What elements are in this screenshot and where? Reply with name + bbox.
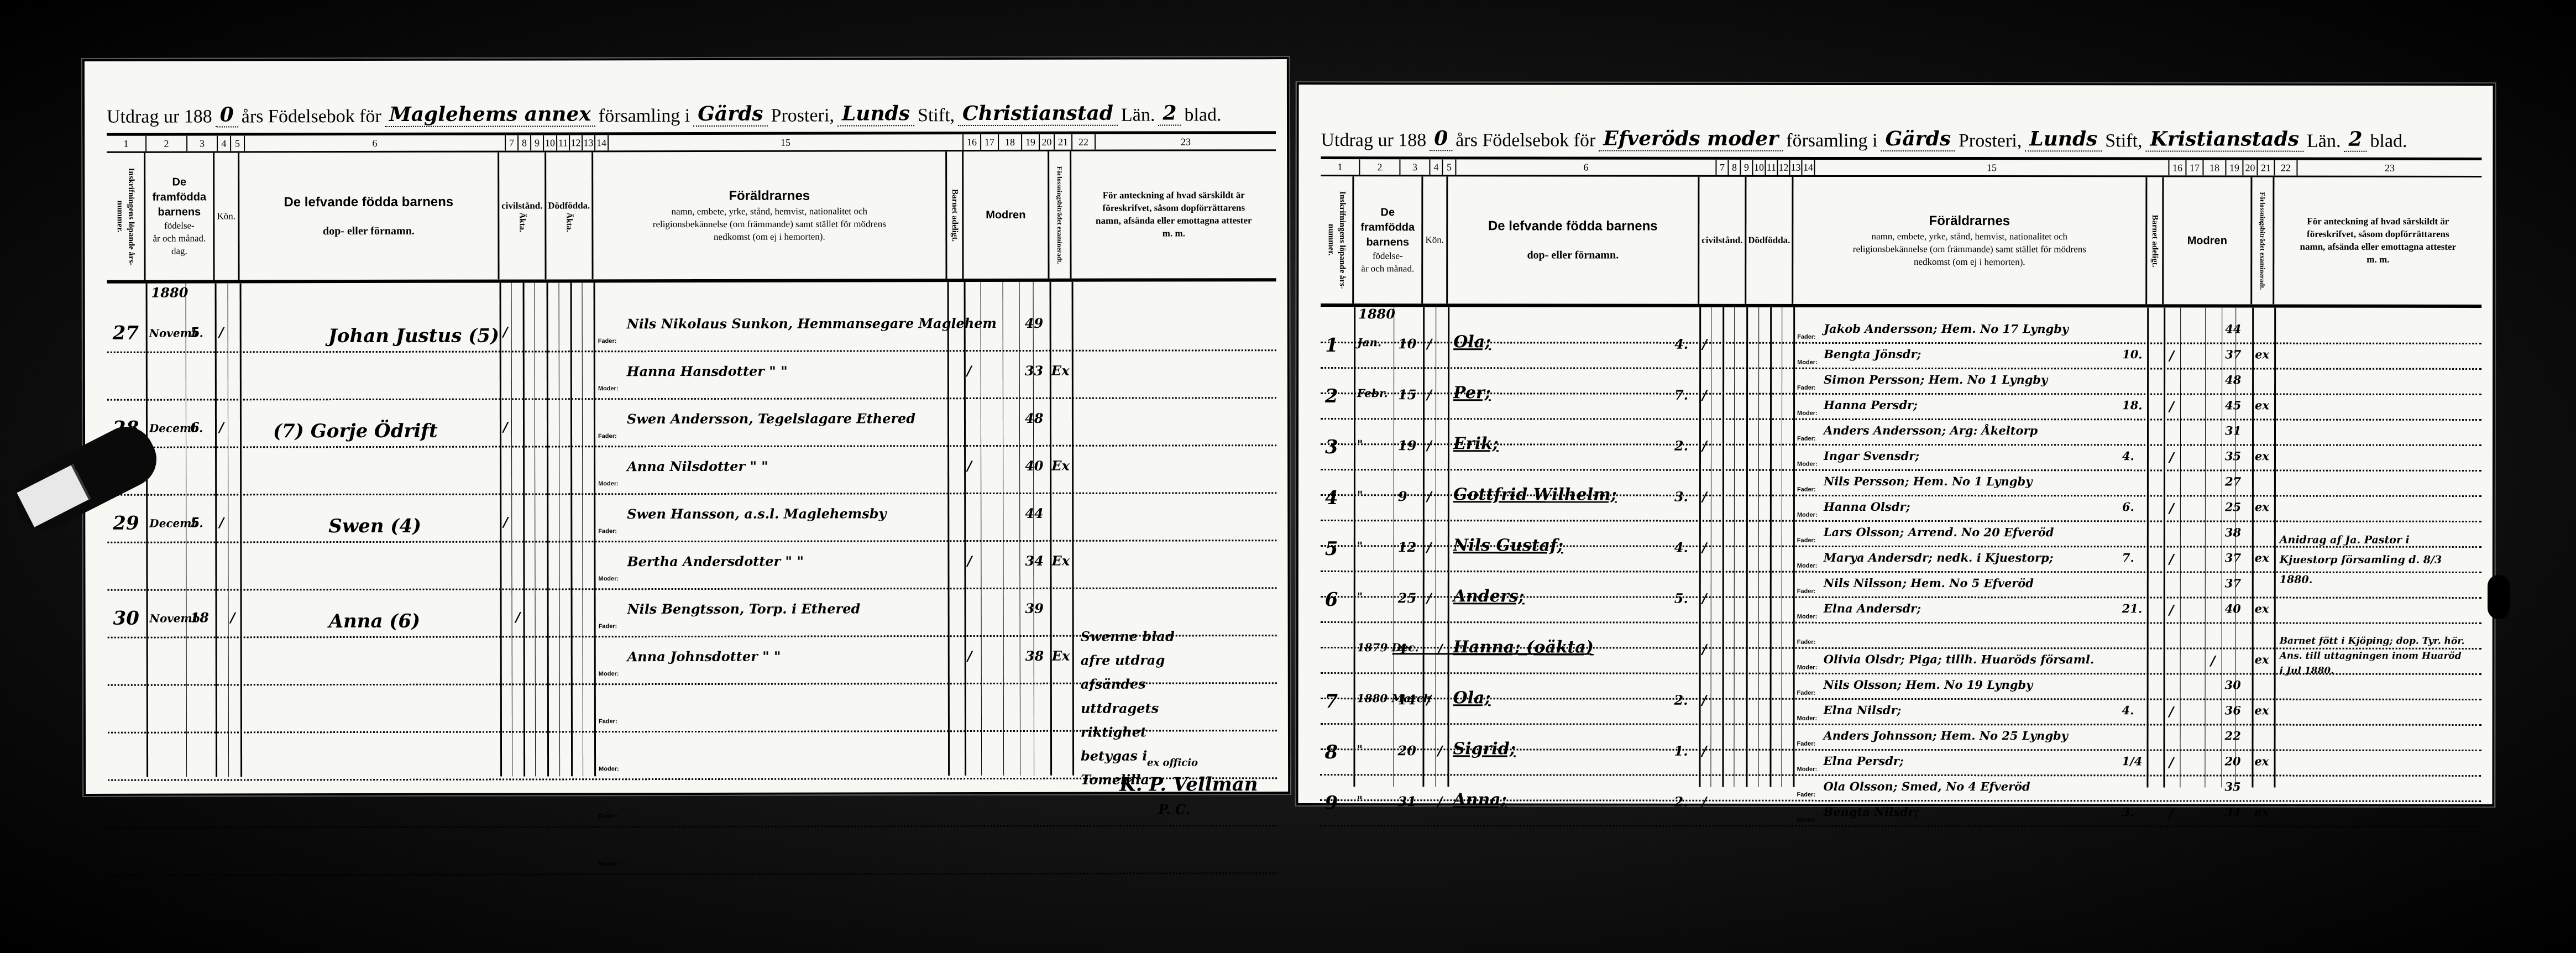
mother-info: Bengta Nilsdr;: [1823, 805, 1918, 819]
entry-number: 9: [1324, 792, 1338, 814]
birth-order: 2.: [1674, 794, 1688, 810]
mother-label: Moder:: [1797, 410, 1818, 417]
midwife-mark: ex: [2254, 805, 2269, 819]
column-numbers: 1234567891011121314151617181920212223: [1321, 159, 2481, 177]
married-mark: /: [2169, 805, 2174, 821]
birth-month: 1879 Dec.: [1357, 641, 1419, 654]
column-number: 1: [1321, 159, 1360, 175]
register-table: 1234567891011121314151617181920212223 In…: [107, 131, 1277, 777]
column-number: 9: [531, 135, 544, 150]
mother-age: 38: [1025, 648, 1044, 664]
mother-info: Anna Nilsdotter " ": [627, 458, 768, 474]
father-label: Fader:: [599, 623, 617, 630]
column-number: 21: [2258, 160, 2275, 176]
birth-day: 10: [1398, 336, 1416, 352]
birth-month: ": [1357, 793, 1362, 807]
header-text: Dödfödda.: [548, 200, 590, 212]
birth-order: 2.: [1674, 692, 1688, 708]
column-number: 14: [1802, 160, 1815, 175]
mother-children-count: 21.: [2122, 601, 2143, 615]
title-county: Christianstad: [958, 102, 1118, 127]
birth-day: 14: [1398, 692, 1416, 708]
header-col2-3: De framfödda barnens födelse- år och mån…: [1354, 176, 1423, 303]
header-text: Kön.: [1426, 234, 1444, 247]
mother-info: Anna Johnsdotter " ": [627, 648, 781, 664]
midwife-mark: ex: [2254, 755, 2269, 768]
birth-day: 5: [190, 515, 200, 531]
header-text: år och månad.: [1361, 263, 1414, 275]
table-body: Fader:Moder:Fader:Moder:Fader:Moder:Fade…: [1320, 307, 2481, 788]
header-text: De framfödda barnens: [1356, 205, 1419, 250]
child-name: Nils Gustaf;: [1453, 536, 1563, 555]
mother-age: 45: [2225, 399, 2241, 412]
married-mark: /: [2169, 347, 2174, 363]
birth-day: 25: [1398, 590, 1416, 606]
column-number: 23: [1096, 134, 1276, 150]
title-diocese: Lunds: [837, 102, 914, 126]
header-text: Föräldrarnes: [729, 187, 810, 206]
header-text: dop- eller förnamn.: [323, 224, 415, 239]
birth-order: 7.: [1674, 387, 1688, 403]
birth-month: ": [1357, 488, 1363, 501]
column-number: 10: [544, 135, 557, 150]
page-title: Utdrag ur 1880 års Födelsebok för Efverö…: [1321, 118, 2481, 152]
sex-mark: /: [219, 324, 224, 340]
column-number: 4: [218, 135, 231, 151]
birth-month: 1880 March: [1357, 692, 1432, 705]
birth-order: 4.: [1674, 540, 1688, 556]
column-number: 11: [1766, 160, 1778, 175]
mother-label: Moder:: [1797, 715, 1818, 722]
child-name: Gottfrid Wilhelm;: [1453, 485, 1617, 504]
birth-order: 5.: [1674, 590, 1688, 606]
father-label: Fader:: [1797, 385, 1816, 391]
year-marker: 1880: [1358, 306, 1395, 322]
ruled-row: [108, 826, 1277, 876]
midwife-mark: ex: [2255, 500, 2269, 514]
mother-label: Moder:: [599, 861, 619, 867]
child-name: Anders;: [1453, 587, 1525, 606]
midwife-mark: ex: [2255, 449, 2269, 463]
table-header: Inskrifningens löpande års-nummer. De fr…: [107, 151, 1276, 284]
father-label: Fader:: [1797, 588, 1816, 595]
header-text: För anteckning af hvad särskildt är före…: [2295, 216, 2461, 266]
header-text: civilstånd.: [501, 200, 542, 212]
register-page-left: Utdrag ur 1880 års Födelsebok för Magleh…: [82, 57, 1290, 796]
child-name: Anna (6): [329, 610, 421, 632]
mother-info: Hanna Persdr;: [1824, 398, 1918, 412]
sex-mark: /: [219, 514, 224, 530]
column-number: 12: [570, 135, 583, 150]
column-number: 2: [146, 136, 187, 151]
title-parish: Maglehems annex: [385, 102, 595, 127]
child-name: Sigrid;: [1453, 739, 1516, 758]
note-signature: K. P. Vellman: [1119, 773, 1258, 795]
header-stillborn: Dödfödda. Äkta.: [546, 152, 593, 279]
father-label: Fader:: [1797, 436, 1816, 442]
father-age: 39: [1025, 600, 1044, 616]
column-number: 13: [1790, 160, 1802, 175]
column-number: 20: [1040, 134, 1055, 150]
page-title: Utdrag ur 1880 års Födelsebok för Magleh…: [107, 92, 1276, 128]
mother-age: 36: [2225, 704, 2241, 718]
column-number: 4: [1430, 159, 1443, 175]
father-age: 31: [2225, 424, 2241, 438]
mother-label: Moder:: [1797, 614, 1818, 620]
column-number: 9: [1741, 160, 1753, 175]
birth-day: 5: [190, 324, 200, 341]
header-text: namn, embete, yrke, stånd, hemvist, nati…: [642, 205, 897, 244]
title-contract: Gärds: [1881, 127, 1955, 151]
birth-day: 15: [1398, 386, 1416, 402]
birth-day: 31: [1397, 793, 1416, 809]
mother-label: Moder:: [1797, 461, 1818, 468]
civil-status-mark: /: [1702, 692, 1707, 708]
mother-children-count: 3.: [2122, 805, 2134, 819]
midwife-mark: ex: [2255, 653, 2269, 667]
header-text: år och månad.: [153, 233, 206, 245]
sex-mark: /: [1427, 488, 1432, 504]
column-number: 18: [2203, 160, 2226, 175]
mother-children-count: 10.: [2122, 347, 2143, 361]
sex-mark: /: [1438, 742, 1443, 758]
header-text: Barnet adeligt.: [949, 189, 960, 242]
civil-status-mark: /: [503, 324, 508, 340]
father-age: 44: [2225, 322, 2241, 336]
midwife-mark: ex: [2255, 602, 2269, 616]
sex-mark: /: [231, 609, 235, 625]
birth-month: ": [1357, 437, 1363, 451]
note-signature-title: P. C.: [1158, 801, 1190, 817]
column-number: 7: [506, 135, 519, 151]
entry-number: 2: [1325, 385, 1338, 407]
birth-month: Jan.: [1357, 336, 1381, 349]
married-mark: /: [2211, 652, 2216, 668]
civil-status-mark: /: [1702, 641, 1707, 657]
mother-age: 25: [2225, 500, 2241, 514]
mother-age: 34: [2224, 805, 2240, 819]
column-number: 23: [2297, 160, 2481, 176]
note-closing: ex officio: [1147, 757, 1198, 768]
page-clip: [2488, 575, 2510, 619]
father-label: Fader:: [598, 528, 617, 535]
header-text: födelse-: [164, 220, 195, 233]
mother-label: Moder:: [598, 480, 619, 487]
father-age: 37: [2225, 577, 2241, 590]
married-mark: /: [2169, 754, 2174, 770]
header-text: dag.: [171, 245, 187, 258]
title-year: 0: [216, 103, 238, 127]
father-label: Fader:: [1797, 792, 1815, 798]
midwife-mark: Ex: [1052, 648, 1070, 664]
father-label: Fader:: [1797, 639, 1816, 646]
birth-month: ": [1357, 590, 1363, 603]
sex-mark: /: [1427, 336, 1432, 352]
father-info: Swen Hansson, a.s.l. Maglehemsby: [627, 505, 886, 522]
sex-mark: /: [1437, 793, 1442, 809]
entry-number: 4: [1325, 487, 1338, 509]
title-text: blad.: [1184, 104, 1221, 125]
married-mark: /: [2169, 601, 2174, 617]
married-mark: /: [967, 553, 972, 569]
column-number: 22: [1072, 134, 1096, 150]
mother-label: Moder:: [1797, 563, 1818, 569]
header-text: Förlossningsbiträdet examineradt.: [1055, 166, 1064, 264]
note-text: Anidrag af Ja. Pastor i Kjuestorp försam…: [2280, 530, 2468, 590]
header-col1: Inskrifningens löpande års-nummer.: [107, 153, 145, 280]
married-mark: /: [967, 458, 972, 474]
header-text: De framfödda barnens: [148, 175, 211, 220]
title-contract: Gärds: [693, 102, 768, 127]
midwife-mark: Ex: [1051, 553, 1070, 569]
column-number: 2: [1360, 159, 1400, 175]
title-text: Stift,: [918, 105, 955, 126]
header-text: För anteckning af hvad särskildt är före…: [1091, 189, 1256, 240]
header-text: Modren: [986, 207, 1025, 222]
father-info: Jakob Andersson; Hem. No 17 Lyngby: [1824, 322, 2069, 336]
column-number: 20: [2243, 160, 2258, 176]
column-number: 6: [245, 135, 506, 151]
title-text: Prosteri,: [771, 106, 834, 127]
title-text: års Födelsebok för: [242, 106, 381, 127]
header-text: De lefvande födda barnens: [1488, 217, 1658, 235]
child-name: Anna;: [1453, 790, 1506, 809]
column-number: 8: [1729, 160, 1741, 175]
header-text: Barnet adeligt.: [2149, 214, 2160, 267]
column-number: 22: [2275, 160, 2297, 176]
title-text: Län.: [1121, 105, 1155, 126]
civil-status-mark: /: [1701, 794, 1706, 810]
header-text: civilstånd.: [1701, 234, 1742, 247]
mother-age: 37: [2225, 348, 2241, 362]
mother-age: 40: [2225, 602, 2241, 616]
header-col15: Föräldrarnes namn, embete, yrke, stånd, …: [593, 151, 947, 279]
married-mark: /: [2169, 500, 2174, 516]
header-col23: För anteckning af hvad särskildt är före…: [2274, 177, 2481, 305]
father-info: Ola Olsson; Smed, No 4 Efveröd: [1823, 779, 2030, 793]
title-sheet: 2: [2344, 128, 2366, 152]
column-number: 16: [964, 134, 981, 150]
header-text: Förlossningsbiträdet examineradt.: [2258, 192, 2267, 290]
column-number: 14: [595, 135, 609, 150]
father-info: Nils Nikolaus Sunkon, Hemmansegare Magle…: [627, 315, 997, 332]
header-text: födelse-: [1373, 250, 1403, 263]
title-text: Stift,: [2105, 130, 2142, 151]
civil-status-mark: /: [503, 514, 508, 530]
header-text: Föräldrarnes: [1929, 212, 2010, 231]
married-mark: /: [2169, 449, 2174, 465]
column-number: 15: [609, 134, 964, 150]
entry-number: 29: [113, 512, 139, 535]
father-info: Nils Bengtsson, Torp. i Ethered: [627, 600, 861, 617]
title-sheet: 2: [1158, 101, 1181, 125]
child-name: Per;: [1453, 383, 1491, 402]
father-age: 30: [2225, 678, 2241, 692]
header-text: Äkta.: [563, 212, 574, 232]
mother-label: Moder:: [1797, 512, 1818, 519]
mother-label: Moder:: [599, 766, 619, 772]
header-col15: Föräldrarnes namn, embete, yrke, stånd, …: [1793, 177, 2147, 305]
mother-age: 40: [1025, 458, 1043, 474]
title-county: Kristianstads: [2145, 127, 2303, 151]
entry-number: 6: [1325, 589, 1338, 611]
birth-order: 4.: [1674, 336, 1688, 352]
child-name: Ola;: [1453, 332, 1491, 352]
header-civilstand: civilstånd. Äkta.: [499, 152, 546, 279]
column-number: 5: [231, 135, 245, 151]
mother-info: Olivia Olsdr; Piga; tillh. Huaröds försa…: [1824, 652, 2095, 666]
civil-status-mark: /: [516, 609, 521, 625]
column-number: 6: [1456, 159, 1716, 175]
birth-day: 9: [1398, 488, 1407, 504]
mother-children-count: 18.: [2122, 398, 2143, 412]
mother-info: Ingar Svensdr;: [1824, 449, 1919, 463]
mother-label: Moder:: [1797, 664, 1818, 671]
header-col6: De lefvande födda barnens dop- eller för…: [1448, 176, 1699, 303]
father-info: Nils Olsson; Hem. No 19 Lyngby: [1824, 678, 2033, 692]
sex-mark: /: [1427, 590, 1432, 606]
sex-mark: /: [219, 419, 224, 435]
table-body: Fader:Moder:Fader:Moder:Fader:Moder:Fade…: [107, 281, 1277, 777]
mother-age: 20: [2224, 755, 2240, 768]
header-text: Äkta.: [516, 212, 527, 232]
mother-label: Moder:: [598, 385, 619, 392]
father-info: Simon Persson; Hem. No 1 Lyngby: [1824, 373, 2048, 386]
header-col2-3: De framfödda barnens födelse- år och mån…: [145, 153, 214, 280]
civil-status-mark: /: [1702, 489, 1707, 505]
father-info: Nils Persson; Hem. No 1 Lyngby: [1824, 474, 2032, 488]
column-number: 12: [1778, 160, 1790, 175]
birth-order: 2.: [1674, 438, 1688, 454]
sex-mark: /: [1427, 437, 1432, 453]
mother-label: Moder:: [1797, 766, 1817, 773]
mother-label: Moder:: [1797, 817, 1817, 824]
column-number: 19: [2226, 160, 2243, 176]
header-stillborn: Dödfödda.: [1746, 177, 1793, 304]
civil-status-mark: /: [1702, 387, 1707, 403]
birth-month: ": [1357, 539, 1363, 552]
father-age: 44: [1025, 505, 1043, 521]
header-col23: För anteckning af hvad särskildt är före…: [1071, 151, 1276, 279]
column-number: 3: [187, 135, 218, 151]
birth-month: ": [1357, 742, 1363, 756]
column-number: 11: [557, 135, 570, 150]
header-sex: Kön.: [1423, 176, 1448, 303]
title-text: församling i: [1786, 130, 1877, 151]
father-age: 49: [1025, 315, 1043, 331]
entry-number: 5: [1325, 538, 1338, 560]
father-age: 48: [2225, 373, 2241, 387]
father-label: Fader:: [1797, 486, 1816, 493]
header-text: dop- eller förnamn.: [1527, 248, 1619, 263]
sex-mark: /: [1427, 386, 1432, 402]
mother-info: Elna Persdr;: [1823, 754, 1903, 768]
year-marker: 1880: [151, 285, 189, 301]
column-numbers: 1234567891011121314151617181920212223: [107, 134, 1276, 153]
column-number: 16: [2169, 160, 2186, 175]
strike-line: [1392, 653, 1591, 654]
civil-status-mark: /: [1702, 743, 1707, 759]
header-text: Dödfödda.: [1748, 234, 1790, 247]
child-name: Erik;: [1453, 434, 1499, 453]
entry-number: 7: [1325, 690, 1338, 713]
header-col1: Inskrifningens löpande års-nummer.: [1321, 176, 1354, 303]
child-name: Ola;: [1453, 688, 1491, 708]
child-name: Swen (4): [328, 515, 421, 537]
entry-number: 3: [1325, 436, 1338, 458]
father-age: 35: [2224, 780, 2240, 794]
father-age: 22: [2225, 729, 2241, 743]
title-parish: Efveröds moder: [1599, 127, 1783, 151]
civil-status-mark: /: [503, 419, 508, 435]
married-mark: /: [2169, 703, 2174, 719]
sex-mark: /: [1427, 692, 1432, 708]
midwife-mark: Ex: [1051, 363, 1070, 379]
header-civilstand: civilstånd.: [1699, 177, 1746, 304]
header-col22: Förlossningsbiträdet examineradt.: [1049, 151, 1071, 279]
header-text: Inskrifningens löpande års-nummer.: [114, 153, 137, 280]
header-col22: Förlossningsbiträdet examineradt.: [2252, 177, 2274, 305]
midwife-mark: ex: [2255, 399, 2269, 412]
sex-mark: /: [1427, 539, 1432, 555]
father-label: Fader:: [598, 338, 617, 344]
mother-children-count: 7.: [2122, 551, 2134, 564]
birth-order: 1.: [1674, 743, 1688, 759]
married-mark: /: [967, 363, 972, 379]
civil-status-mark: /: [1702, 590, 1707, 606]
register-table: 1234567891011121314151617181920212223 In…: [1320, 156, 2481, 788]
father-info: Nils Nilsson; Hem. No 5 Efveröd: [1824, 576, 2034, 590]
mother-label: Moder:: [1797, 359, 1818, 366]
birth-month: Febr.: [1357, 386, 1388, 400]
birth-day: 6: [190, 420, 200, 436]
title-text: blad.: [2370, 131, 2407, 152]
column-number: 15: [1815, 160, 2169, 176]
mother-info: Bertha Andersdotter " ": [627, 553, 804, 570]
header-text: Modren: [2187, 233, 2227, 248]
father-label: Fader:: [1797, 741, 1816, 747]
title-text: församling i: [599, 106, 690, 127]
mother-children-count: 4.: [2122, 449, 2134, 463]
married-mark: /: [2169, 398, 2174, 414]
father-age: 27: [2225, 475, 2241, 489]
father-info: Anders Andersson; Arg: Åkeltorp: [1824, 423, 2038, 437]
mother-label: Moder:: [599, 671, 619, 677]
father-label: Fader:: [1797, 537, 1816, 544]
midwife-mark: ex: [2255, 704, 2269, 718]
column-number: 17: [2186, 160, 2203, 175]
header-col6: De lefvande födda barnens dop- eller för…: [239, 153, 499, 280]
mother-info: Marya Andersdr; nedk. i Kjuestorp;: [1824, 551, 2054, 564]
title-text: Prosteri,: [1959, 130, 2022, 151]
civil-status-mark: /: [1702, 336, 1707, 352]
mother-children-count: 1/4: [2122, 754, 2142, 768]
father-label: Fader:: [598, 433, 617, 439]
midwife-mark: ex: [2255, 348, 2269, 362]
father-age: 48: [1025, 410, 1043, 426]
mother-info: Elna Nilsdr;: [1824, 703, 1902, 717]
mother-age: 34: [1025, 553, 1043, 569]
column-number: 21: [1055, 134, 1072, 150]
father-label: Fader:: [1797, 334, 1816, 341]
header-text: Inskrifningens löpande års-nummer.: [1325, 176, 1348, 303]
header-text: De lefvande födda barnens: [284, 193, 453, 212]
table-header: Inskrifningens löpande års-nummer. De fr…: [1321, 176, 2481, 308]
register-page-right: Utdrag ur 1880 års Födelsebok för Efverö…: [1296, 82, 2495, 807]
mother-info: Hanna Olsdr;: [1824, 500, 1910, 514]
civil-status-mark: /: [1702, 438, 1707, 454]
mother-info: Bengta Jönsdr;: [1824, 347, 1921, 361]
